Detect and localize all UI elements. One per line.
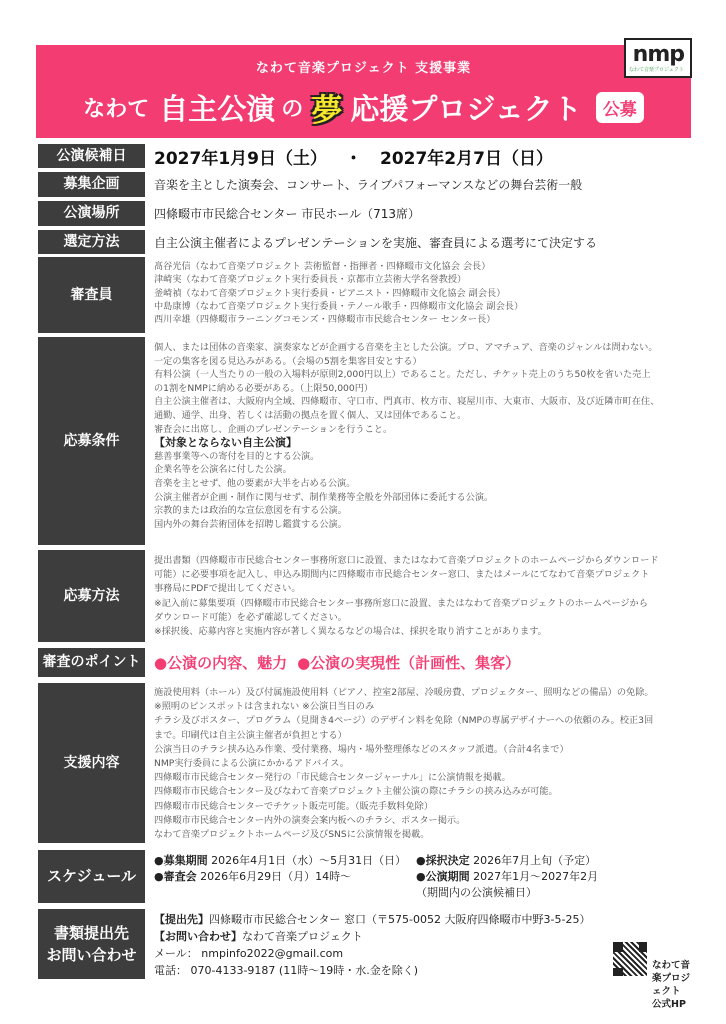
label-selection: 選定方法 bbox=[38, 230, 145, 254]
point-1: ●公演の内容、魅力 bbox=[154, 652, 287, 673]
row-plan: 募集企画 音楽を主とした演奏会、コンサート、ライブパフォーマンスなどの舞台芸術一… bbox=[38, 172, 698, 197]
method-line: 可能）に必要事項を記入し、申込み期間内に四條畷市市民総合センター窓口、またはメー… bbox=[154, 568, 698, 582]
row-judges: 審査員 髙谷光信（なわて音楽プロジェクト 芸術監督・指揮者・四條畷市文化協会 会… bbox=[38, 257, 698, 333]
support-item: まで。印刷代は自主公演主催者が負担とする） bbox=[154, 729, 698, 743]
support-item: チラシ及びポスター、プログラム（見開き4ページ）のデザイン料を免除（NMPの専属… bbox=[154, 714, 698, 728]
label-dates: 公演候補日 bbox=[38, 144, 145, 168]
label-schedule: スケジュール bbox=[38, 850, 145, 903]
judge-item: 髙谷光信（なわて音楽プロジェクト 芸術監督・指揮者・四條畷市文化協会 会長） bbox=[154, 260, 698, 273]
title-prefix: なわて bbox=[83, 92, 149, 123]
logo-text: nmp bbox=[633, 42, 684, 67]
judge-item: 中島康博（なわて音楽プロジェクト実行委員・テノール歌手・四條畷市文化協会 副会長… bbox=[154, 300, 698, 313]
header-subtitle: なわて音楽プロジェクト 支援事業 bbox=[36, 57, 691, 76]
support-item: NMP実行委員による公演にかかるアドバイス。 bbox=[154, 757, 698, 771]
row-support: 支援内容 施設使用料（ホール）及び付属施設使用料（ピアノ、控室2部屋、冷暖房費、… bbox=[38, 683, 698, 843]
schedule-decision: ●採択決定 2026年7月上旬（予定） bbox=[416, 853, 598, 869]
label-contact: 書類提出先 お問い合わせ bbox=[38, 909, 145, 979]
excluded-item: 公演主催者が企画・制作に関与せず、制作業務等全般を外部団体に委託する公演。 bbox=[154, 491, 698, 505]
plan-text: 音楽を主とした演奏会、コンサート、ライブパフォーマンスなどの舞台芸術一般 bbox=[154, 172, 698, 197]
schedule-recruit: ●募集期間 2026年4月1日（水）～5月31日（日） bbox=[154, 853, 406, 869]
schedule-review: ●審査会 2026年6月29日（月）14時～ bbox=[154, 869, 406, 885]
method-line: 提出書類（四條畷市市民総合センター事務所窓口に設置、またはなわて音楽プロジェクト… bbox=[154, 554, 698, 568]
row-dates: 公演候補日 2027年1月9日（土） ・ 2027年2月7日（日） bbox=[38, 144, 698, 168]
excluded-item: 音楽を主とせず、他の要素が大半を占める公演。 bbox=[154, 477, 698, 491]
method-line: 事務局にPDFで提出してください。 bbox=[154, 582, 698, 596]
excluded-item: 国内外の舞台芸術団体を招聘し鑑賞する公演。 bbox=[154, 518, 698, 532]
row-points: 審査のポイント ●公演の内容、魅力 ●公演の実現性（計画性、集客） bbox=[38, 648, 698, 677]
judge-item: 西川幸雄（四條畷市ラーニングコモンズ・四條畷市市民総合センター センター長） bbox=[154, 313, 698, 326]
date-1: 2027年1月9日（土） bbox=[154, 144, 327, 169]
nmp-logo: nmp なわて音楽プロジェクト bbox=[624, 38, 692, 78]
row-schedule: スケジュール ●募集期間 2026年4月1日（水）～5月31日（日） ●審査会 … bbox=[38, 850, 698, 903]
title-no: の bbox=[281, 92, 303, 123]
support-item: ※照明のピンスポットは含まれない ※公演日当日のみ bbox=[154, 700, 698, 714]
date-2: 2027年2月7日（日） bbox=[380, 144, 553, 169]
condition-item: 自主公演主催者は、大阪府内全域、四條畷市、守口市、門真市、枚方市、寝屋川市、大東… bbox=[154, 395, 698, 409]
row-venue: 公演場所 四條畷市市民総合センター 市民ホール（713席） bbox=[38, 201, 698, 226]
excluded-item: 宗教的または政治的な宣伝意図を有する公演。 bbox=[154, 504, 698, 518]
judge-item: 津崎実（なわて音楽プロジェクト実行委員長・京都市立芸術大学名誉教授） bbox=[154, 273, 698, 286]
support-item: 施設使用料（ホール）及び付属施設使用料（ピアノ、控室2部屋、冷暖房費、プロジェク… bbox=[154, 686, 698, 700]
point-2: ●公演の実現性（計画性、集客） bbox=[297, 652, 520, 673]
condition-item: 通勤、通学、出身、若しくは活動の拠点を置く個人、又は団体であること。 bbox=[154, 409, 698, 423]
row-selection: 選定方法 自主公演主催者によるプレゼンテーションを実施、審査員による選考にて決定… bbox=[38, 230, 698, 254]
schedule-period: ●公演期間 2027年1月～2027年2月 bbox=[416, 869, 598, 885]
qr-code[interactable] bbox=[612, 941, 648, 977]
performance-dates: 2027年1月9日（土） ・ 2027年2月7日（日） bbox=[154, 144, 698, 168]
label-support: 支援内容 bbox=[38, 683, 145, 843]
excluded-item: 慈善事業等への寄付を目的とする公演。 bbox=[154, 450, 698, 464]
support-item: 四條畷市市民総合センター発行の「市民総合センタージャーナル」に公演情報を掲載。 bbox=[154, 771, 698, 785]
label-judges: 審査員 bbox=[38, 257, 145, 333]
support-item: なわて音楽プロジェクトホームページ及びSNSに公演情報を掲載。 bbox=[154, 828, 698, 842]
label-conditions: 応募条件 bbox=[38, 337, 145, 545]
schedule-period-note: （期間内の公演候補日） bbox=[416, 885, 598, 901]
selection-text: 自主公演主催者によるプレゼンテーションを実施、審査員による選考にて決定する bbox=[154, 230, 698, 254]
method-line: ※採択後、応募内容と実施内容が著しく異なるなどの場合は、採択を取り消すことがあり… bbox=[154, 625, 698, 639]
title-suffix: 応援プロジェクト bbox=[350, 87, 581, 128]
recruitment-badge: 公募 bbox=[596, 92, 644, 123]
title-yume: 夢 bbox=[311, 85, 342, 130]
row-contact: 書類提出先 お問い合わせ 【提出先】四條畷市市民総合センター 窓口（〒575-0… bbox=[38, 909, 698, 979]
contact-block: 【提出先】四條畷市市民総合センター 窓口（〒575-0052 大阪府四條畷市中野… bbox=[154, 909, 698, 979]
submit-destination: 【提出先】四條畷市市民総合センター 窓口（〒575-0052 大阪府四條畷市中野… bbox=[154, 911, 698, 928]
schedule-block: ●募集期間 2026年4月1日（水）～5月31日（日） ●審査会 2026年6月… bbox=[154, 850, 698, 903]
support-item: 四條畷市市民総合センターでチケット販売可能。（販売手数料免除） bbox=[154, 800, 698, 814]
excluded-heading: 【対象とならない自主公演】 bbox=[154, 436, 698, 450]
row-method: 応募方法 提出書類（四條畷市市民総合センター事務所窓口に設置、またはなわて音楽プ… bbox=[38, 550, 698, 642]
method-line: ダウンロード可能）を必ず確認してください。 bbox=[154, 611, 698, 625]
qr-label: なわて音楽プロジェクト 公式HP bbox=[652, 959, 698, 1011]
judges-list: 髙谷光信（なわて音楽プロジェクト 芸術監督・指揮者・四條畷市文化協会 会長） 津… bbox=[154, 257, 698, 333]
support-item: 四條畷市市民総合センター内外の演奏会案内板へのチラシ、ポスター掲示。 bbox=[154, 814, 698, 828]
judge-item: 釜崎禎（なわて音楽プロジェクト実行委員・ピアニスト・四條畷市文化協会 副会長） bbox=[154, 287, 698, 300]
condition-item: 有料公演（一人当たりの一般の入場料が原則2,000円以上）であること。ただし、チ… bbox=[154, 368, 698, 382]
logo-subtext: なわて音楽プロジェクト bbox=[629, 66, 684, 73]
method-list: 提出書類（四條畷市市民総合センター事務所窓口に設置、またはなわて音楽プロジェクト… bbox=[154, 550, 698, 642]
date-separator: ・ bbox=[345, 144, 362, 169]
excluded-item: 企業名等を公演名に付した公演。 bbox=[154, 463, 698, 477]
condition-item: 個人、または団体の音楽家、演奏家などが企画する音楽を主とした公演。プロ、アマチュ… bbox=[154, 341, 698, 355]
condition-item: の1割をNMPに納める必要がある。（上限50,000円） bbox=[154, 382, 698, 396]
header-banner: なわて音楽プロジェクト 支援事業 なわて 自主公演の 夢 応援プロジェクト 公募 bbox=[36, 45, 691, 138]
support-item: 公演当日のチラシ挟み込み作業、受付業務、場内・場外整理係などのスタッフ派遣。（合… bbox=[154, 743, 698, 757]
condition-item: 審査会に出席し、企画のプレゼンテーションを行うこと。 bbox=[154, 423, 698, 437]
conditions-list: 個人、または団体の音楽家、演奏家などが企画する音楽を主とした公演。プロ、アマチュ… bbox=[154, 337, 698, 545]
label-plan: 募集企画 bbox=[38, 172, 145, 197]
label-venue: 公演場所 bbox=[38, 201, 145, 226]
review-points: ●公演の内容、魅力 ●公演の実現性（計画性、集客） bbox=[154, 648, 698, 677]
method-line: ※記入前に募集要項（四條畷市市民総合センター事務所窓口に設置、またはなわて音楽プ… bbox=[154, 597, 698, 611]
condition-item: 一定の集客を図る見込みがある。（会場の5割を集客目安とする） bbox=[154, 355, 698, 369]
row-conditions: 応募条件 個人、または団体の音楽家、演奏家などが企画する音楽を主とした公演。プロ… bbox=[38, 337, 698, 545]
support-item: 四條畷市市民総合センター及びなわて音楽プロジェクト主催公演の際にチラシの挟み込み… bbox=[154, 785, 698, 799]
venue-text: 四條畷市市民総合センター 市民ホール（713席） bbox=[154, 201, 698, 226]
page-title: なわて 自主公演の 夢 応援プロジェクト 公募 bbox=[36, 87, 691, 127]
title-main: 自主公演 bbox=[159, 87, 275, 128]
label-method: 応募方法 bbox=[38, 550, 145, 642]
support-list: 施設使用料（ホール）及び付属施設使用料（ピアノ、控室2部屋、冷暖房費、プロジェク… bbox=[154, 683, 698, 843]
label-points: 審査のポイント bbox=[38, 648, 145, 677]
